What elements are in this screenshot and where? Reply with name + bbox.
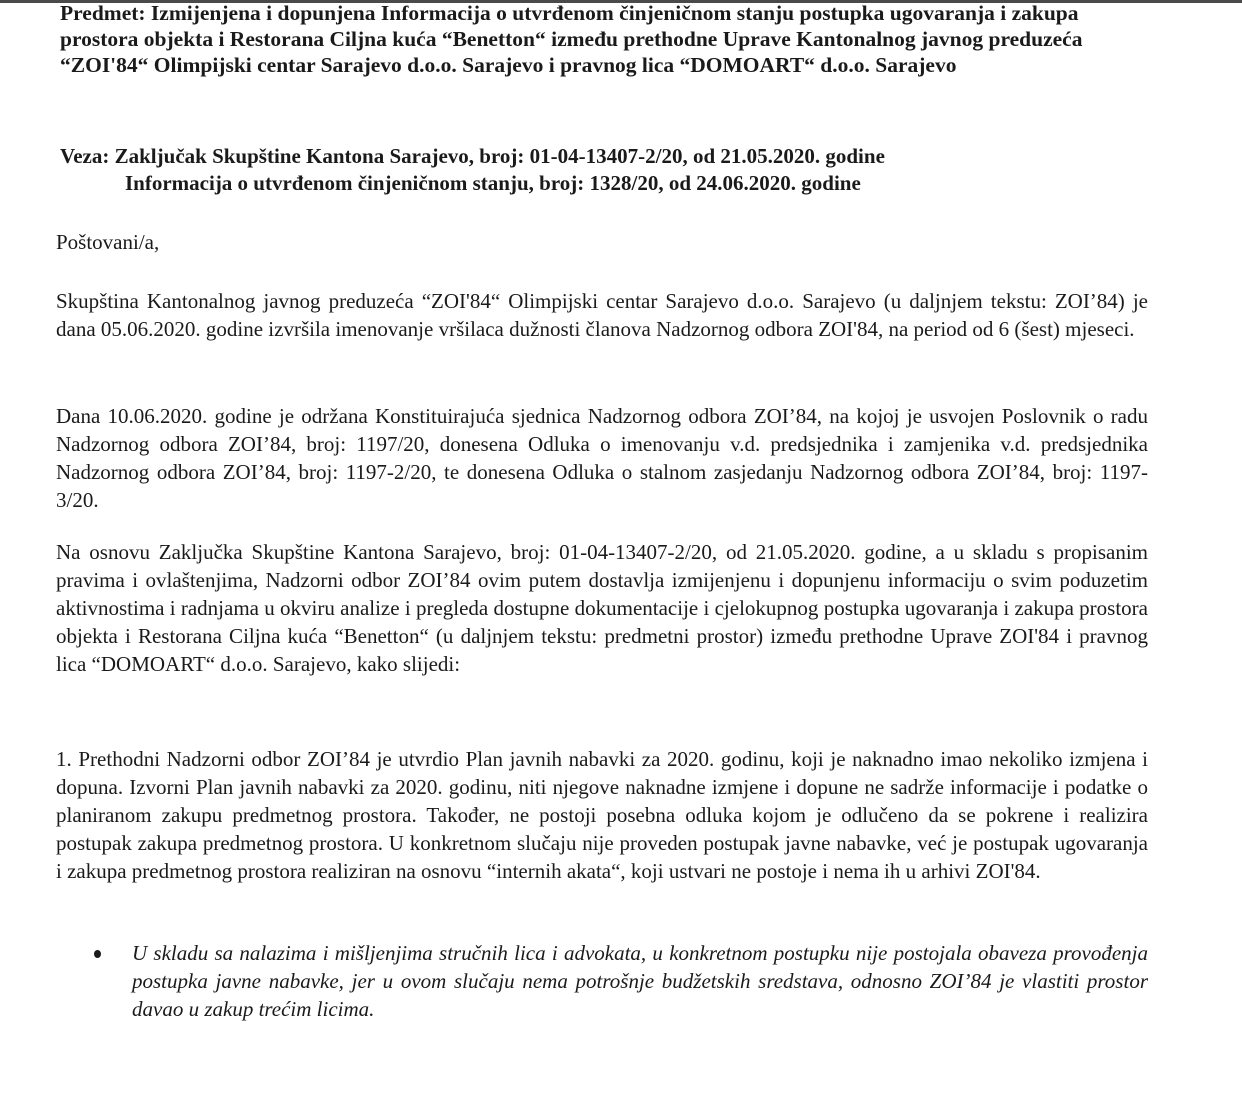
document-subject: Predmet: Izmijenjena i dopunjena Informa… bbox=[60, 0, 1150, 78]
bullet-icon bbox=[94, 950, 101, 958]
paragraph-4-numbered: 1. Prethodni Nadzorni odbor ZOI’84 je ut… bbox=[56, 745, 1148, 885]
document-reference: Veza: Zaključak Skupštine Kantona Saraje… bbox=[60, 143, 1160, 197]
bullet-list: U skladu sa nalazima i mišljenjima struč… bbox=[88, 939, 1148, 1023]
paragraph-1: Skupština Kantonalnog javnog preduzeća “… bbox=[56, 287, 1148, 343]
paragraph-3: Na osnovu Zaključka Skupštine Kantona Sa… bbox=[56, 538, 1148, 678]
paragraph-2: Dana 10.06.2020. godine je održana Konst… bbox=[56, 402, 1148, 514]
reference-line-1: Veza: Zaključak Skupštine Kantona Saraje… bbox=[60, 144, 885, 168]
bullet-text: U skladu sa nalazima i mišljenjima struč… bbox=[132, 941, 1148, 1021]
reference-line-2: Informacija o utvrđenom činjeničnom stan… bbox=[60, 170, 1160, 197]
bullet-item: U skladu sa nalazima i mišljenjima struč… bbox=[88, 939, 1148, 1023]
greeting: Poštovani/a, bbox=[56, 228, 1148, 256]
